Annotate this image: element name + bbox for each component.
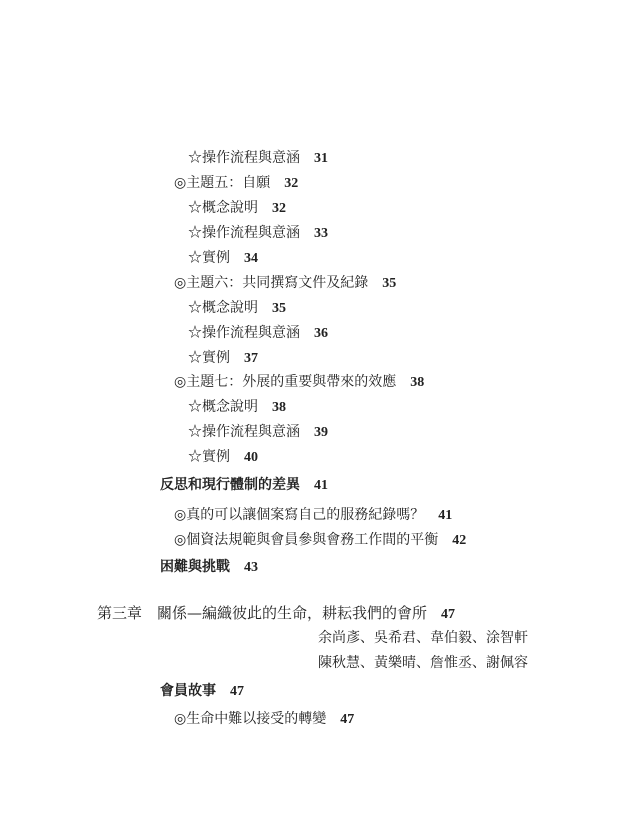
toc-entry-topic[interactable]: ◎主題七：外展的重要與帶來的效應38 — [174, 373, 424, 392]
chapter-authors-line-1: 余尚彥、吳希君、韋伯毅、涂智軒 — [318, 629, 528, 647]
toc-entry-page-number: 33 — [314, 226, 328, 241]
toc-entry-star[interactable]: ☆概念說明35 — [188, 299, 286, 318]
toc-entry-title: ◎真的可以讓個案寫自己的服務紀錄嗎？ — [174, 507, 424, 523]
toc-entry-star[interactable]: ☆操作流程與意涵36 — [188, 324, 328, 343]
toc-entry-title: ◎生命中難以接受的轉變 — [174, 711, 326, 727]
toc-entry-title: ☆操作流程與意涵 — [188, 424, 300, 440]
toc-entry-title: ☆操作流程與意涵 — [188, 150, 300, 166]
toc-entry-title: ☆概念說明 — [188, 399, 258, 415]
toc-entry-title: ☆實例 — [188, 250, 230, 266]
toc-entry-topic[interactable]: ◎生命中難以接受的轉變47 — [174, 710, 354, 729]
toc-entry-title: ☆概念說明 — [188, 300, 258, 316]
toc-entry-title: 會員故事 — [160, 683, 216, 699]
toc-entry-topic[interactable]: ◎真的可以讓個案寫自己的服務紀錄嗎？41 — [174, 506, 452, 525]
toc-entry-page-number: 39 — [314, 425, 328, 440]
toc-entry-page-number: 31 — [314, 151, 328, 166]
toc-entry-title: ☆實例 — [188, 449, 230, 465]
toc-entry-title: 第三章 關係—編織彼此的生命，耕耘我們的會所 — [97, 604, 427, 622]
toc-entry-star[interactable]: ☆實例34 — [188, 249, 258, 268]
toc-entry-page-number: 40 — [244, 450, 258, 465]
toc-entry-topic[interactable]: ◎個資法規範與會員參與會務工作間的平衡42 — [174, 531, 466, 550]
toc-entry-section[interactable]: 反思和現行體制的差異41 — [160, 476, 328, 495]
toc-entry-title: ☆操作流程與意涵 — [188, 325, 300, 341]
toc-entry-page-number: 47 — [441, 607, 455, 622]
toc-entry-title: ☆實例 — [188, 350, 230, 366]
toc-entry-star[interactable]: ☆操作流程與意涵39 — [188, 423, 328, 442]
toc-entry-title: ◎個資法規範與會員參與會務工作間的平衡 — [174, 532, 438, 548]
toc-entry-page-number: 43 — [244, 560, 258, 575]
toc-entry-page-number: 35 — [272, 301, 286, 316]
toc-entry-section[interactable]: 會員故事47 — [160, 682, 244, 701]
toc-entry-page-number: 47 — [340, 712, 354, 727]
toc-entry-title: ◎主題七：外展的重要與帶來的效應 — [174, 374, 396, 390]
toc-entry-chapter[interactable]: 第三章 關係—編織彼此的生命，耕耘我們的會所47 — [97, 604, 455, 624]
toc-entry-page-number: 41 — [438, 508, 452, 523]
toc-entry-section[interactable]: 困難與挑戰43 — [160, 558, 258, 577]
toc-entry-title: ◎主題五：自願 — [174, 175, 270, 191]
toc-entry-title: ☆操作流程與意涵 — [188, 225, 300, 241]
toc-entry-page-number: 38 — [272, 400, 286, 415]
toc-entry-page-number: 35 — [382, 276, 396, 291]
toc-entry-title: ◎主題六：共同撰寫文件及紀錄 — [174, 275, 368, 291]
toc-entry-topic[interactable]: ◎主題六：共同撰寫文件及紀錄35 — [174, 274, 396, 293]
chapter-authors-line-2: 陳秋慧、黃樂晴、詹惟丞、謝佩容 — [318, 654, 528, 672]
toc-entry-page-number: 32 — [284, 176, 298, 191]
toc-entry-star[interactable]: ☆操作流程與意涵31 — [188, 149, 328, 168]
toc-entry-star[interactable]: ☆實例37 — [188, 349, 258, 368]
toc-entry-page-number: 41 — [314, 478, 328, 493]
toc-entry-page-number: 47 — [230, 684, 244, 699]
toc-entry-page-number: 42 — [452, 533, 466, 548]
toc-entry-page-number: 37 — [244, 351, 258, 366]
toc-entry-star[interactable]: ☆概念說明32 — [188, 199, 286, 218]
toc-entry-star[interactable]: ☆實例40 — [188, 448, 258, 467]
toc-entry-star[interactable]: ☆概念說明38 — [188, 398, 286, 417]
toc-entry-title: ☆概念說明 — [188, 200, 258, 216]
toc-entry-title: 反思和現行體制的差異 — [160, 477, 300, 493]
toc-entry-star[interactable]: ☆操作流程與意涵33 — [188, 224, 328, 243]
toc-entry-page-number: 32 — [272, 201, 286, 216]
toc-entry-page-number: 36 — [314, 326, 328, 341]
toc-entry-topic[interactable]: ◎主題五：自願32 — [174, 174, 298, 193]
toc-entry-title: 困難與挑戰 — [160, 559, 230, 575]
toc-entry-page-number: 34 — [244, 251, 258, 266]
toc-entry-page-number: 38 — [410, 375, 424, 390]
